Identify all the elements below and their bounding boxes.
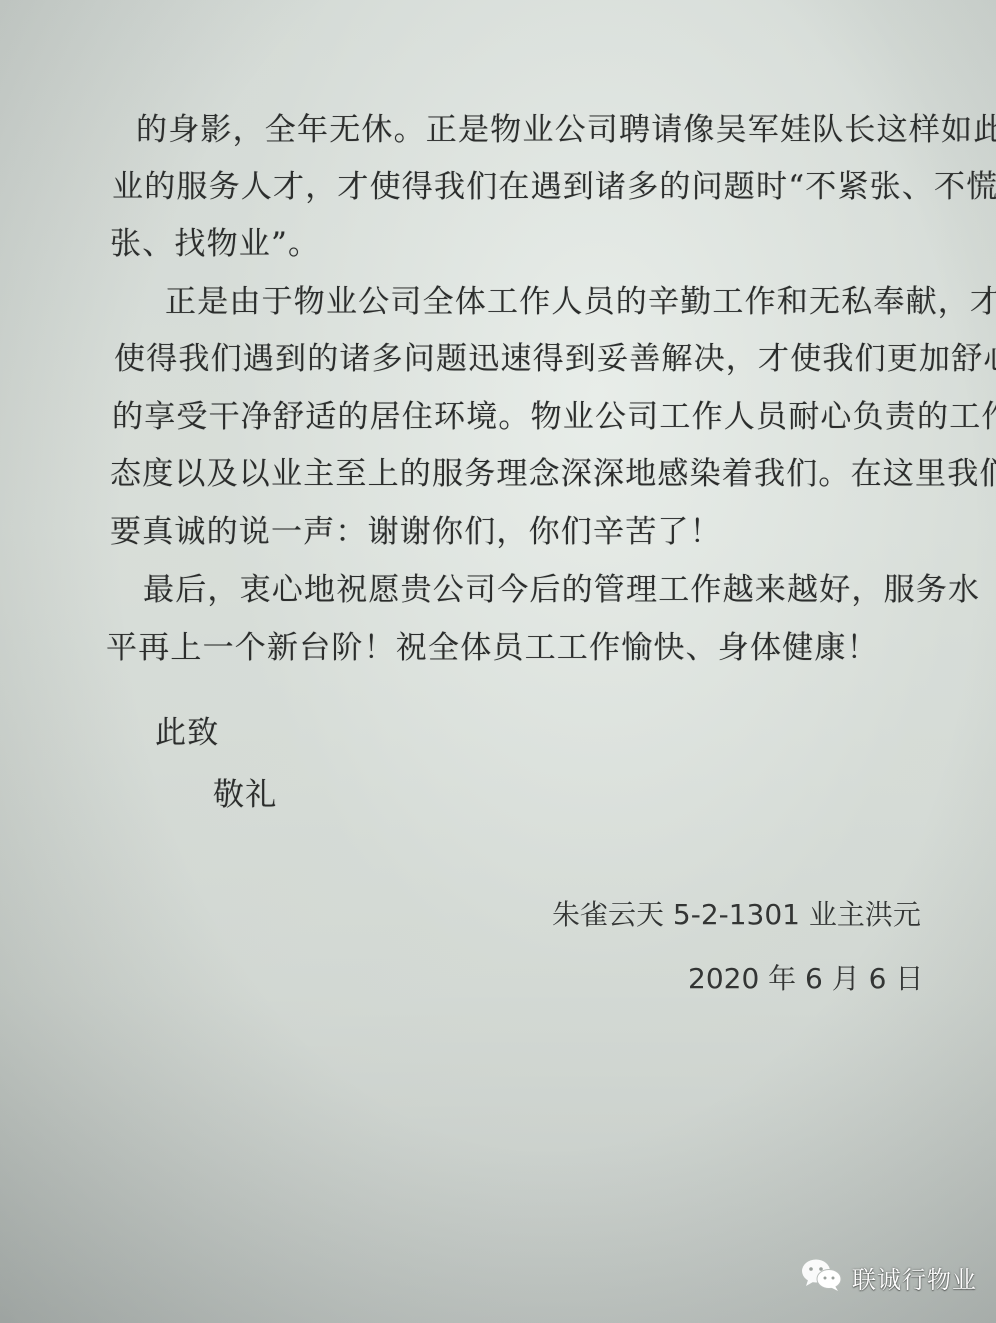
body-line: 平再上一个新台阶！祝全体员工工作愉快、身体健康！	[106, 628, 879, 668]
watermark: 联诚行物业	[800, 1258, 977, 1296]
wechat-icon	[800, 1258, 844, 1296]
body-line: 要真诚的说一声：谢谢你们，你们辛苦了！	[110, 512, 722, 552]
body-line: 张、找物业”。	[110, 224, 320, 264]
body-line: 的享受干净舒适的居住环境。物业公司工作人员耐心负责的工作	[112, 397, 996, 437]
body-line: 最后，衷心地祝愿贵公司今后的管理工作越来越好，服务水	[143, 570, 980, 610]
signature-author: 朱雀云天 5-2-1301 业主洪元	[552, 897, 921, 933]
body-line: 业的服务人才，才使得我们在遇到诸多的问题时“不紧张、不慌	[112, 167, 996, 207]
body-line: 态度以及以业主至上的服务理念深深地感染着我们。在这里我们	[110, 454, 996, 494]
signature-date: 2020 年 6 月 6 日	[688, 961, 923, 997]
body-line: 正是由于物业公司全体工作人员的辛勤工作和无私奉献，才	[165, 282, 996, 322]
watermark-label: 联诚行物业	[852, 1260, 977, 1295]
body-line: 的身影，全年无休。正是物业公司聘请像吴军娃队长这样如此专	[136, 110, 996, 150]
body-line: 使得我们遇到的诸多问题迅速得到妥善解决，才使我们更加舒心	[114, 339, 996, 379]
closing-salutation: 此致	[155, 713, 219, 753]
closing-regards: 敬礼	[213, 775, 277, 815]
